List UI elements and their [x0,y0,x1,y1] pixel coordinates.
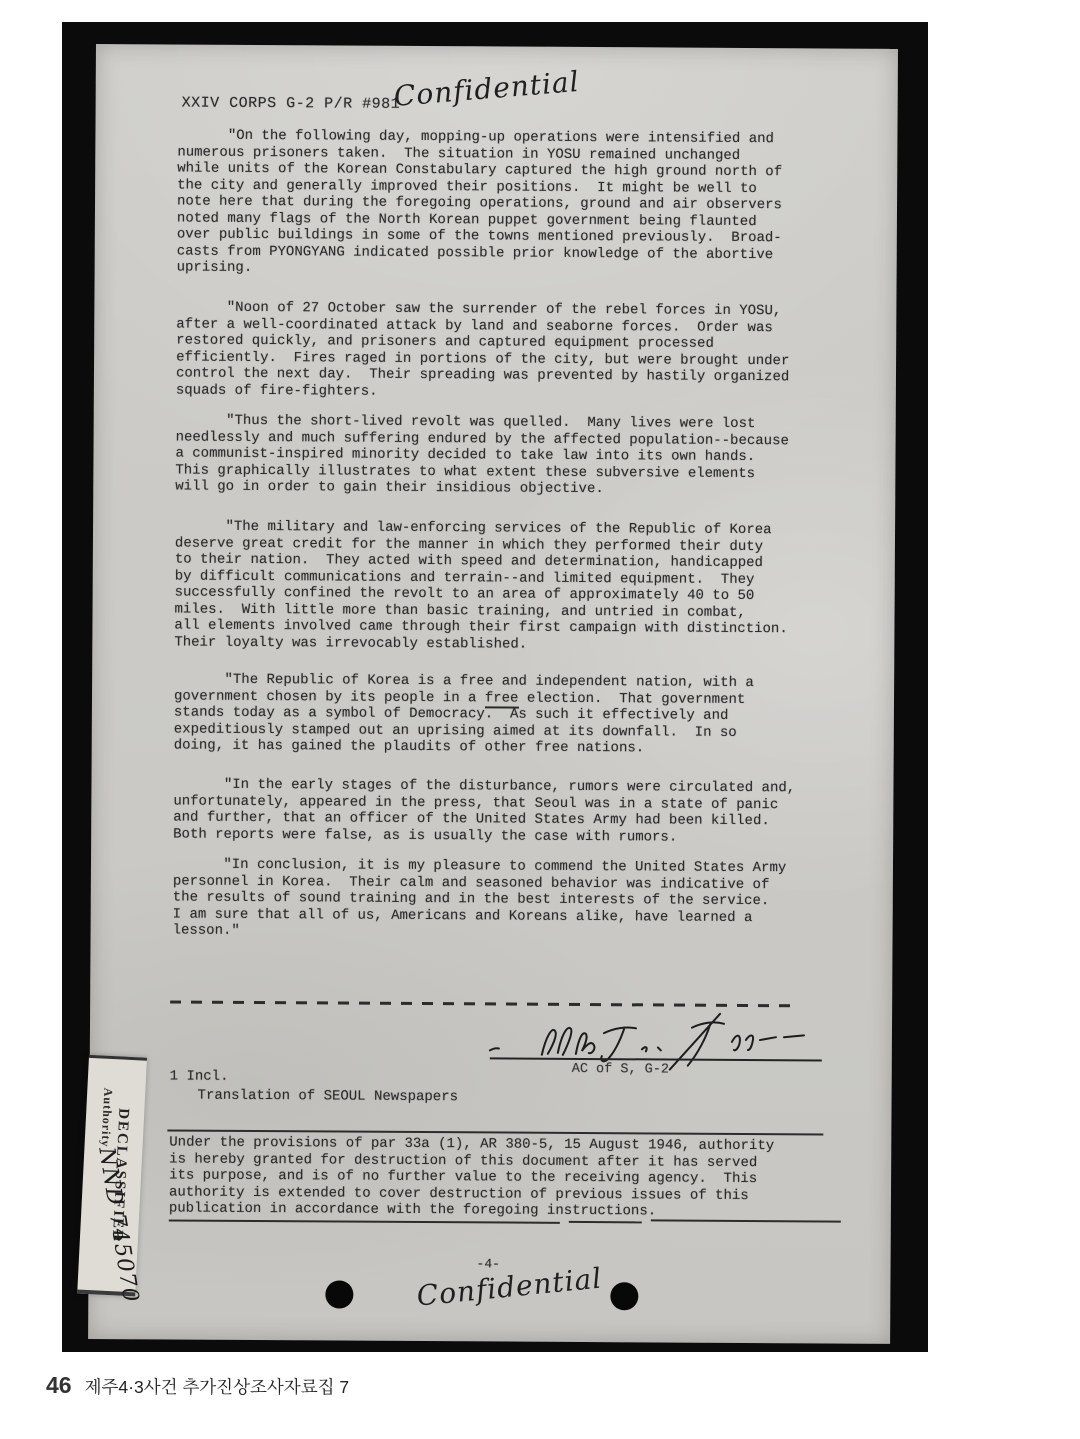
book-title: 제주4·3사건 추가진상조사자료집 7 [85,1374,350,1399]
destruction-underline-1 [169,1219,560,1223]
destruction-notice: Under the provisions of par 33a (1), AR … [169,1134,774,1220]
dashed-separator [170,1000,796,1007]
paragraph-3: "Thus the short-lived revolt was quelled… [175,412,789,498]
declassified-stamp-text: DECLASSIFIED Authority NND 745070 [80,1061,145,1289]
book-caption: 46 제주4·3사건 추가진상조사자료집 7 [46,1372,349,1399]
nnd-number-handwritten: NND 745070 [93,1145,143,1304]
paragraph-1: "On the following day, mopping-up operat… [177,127,783,279]
free-election-underline [485,706,519,708]
paragraph-7: "In conclusion, it is my pleasure to com… [173,856,787,942]
enclosure-item: Translation of SEOUL Newspapers [198,1088,459,1106]
paragraph-6: "In the early stages of the disturbance,… [173,776,795,846]
paragraph-5: "The Republic of Korea is a free and ind… [174,671,754,757]
book-page-number: 46 [46,1372,72,1399]
hole-punch-left [325,1280,353,1308]
scan-black-border: XXIV CORPS G-2 P/R #981 Confidential "On… [62,22,928,1352]
paragraph-2: "Noon of 27 October saw the surrender of… [176,299,790,402]
document-paper: XXIV CORPS G-2 P/R #981 Confidential "On… [88,44,898,1344]
declassified-stamp: DECLASSIFIED Authority NND 745070 [77,1055,147,1297]
confidential-handstamp-top: Confidential [393,65,581,113]
authority-label: Authority [97,1087,115,1147]
scanned-document-page: XXIV CORPS G-2 P/R #981 Confidential "On… [0,0,1080,1439]
hole-punch-right [610,1282,638,1310]
confidential-handstamp-bottom: Confidential [415,1261,603,1312]
page-number: -4- [477,1256,500,1271]
destruction-underline-2 [569,1221,642,1223]
destruction-underline-3 [651,1219,841,1222]
paragraph-4: "The military and law-enforcing services… [174,518,788,654]
document-header: XXIV CORPS G-2 P/R #981 [182,95,401,113]
enclosure-count: 1 Incl. [170,1068,229,1084]
signoff-title: AC of S, G-2 [572,1062,669,1078]
